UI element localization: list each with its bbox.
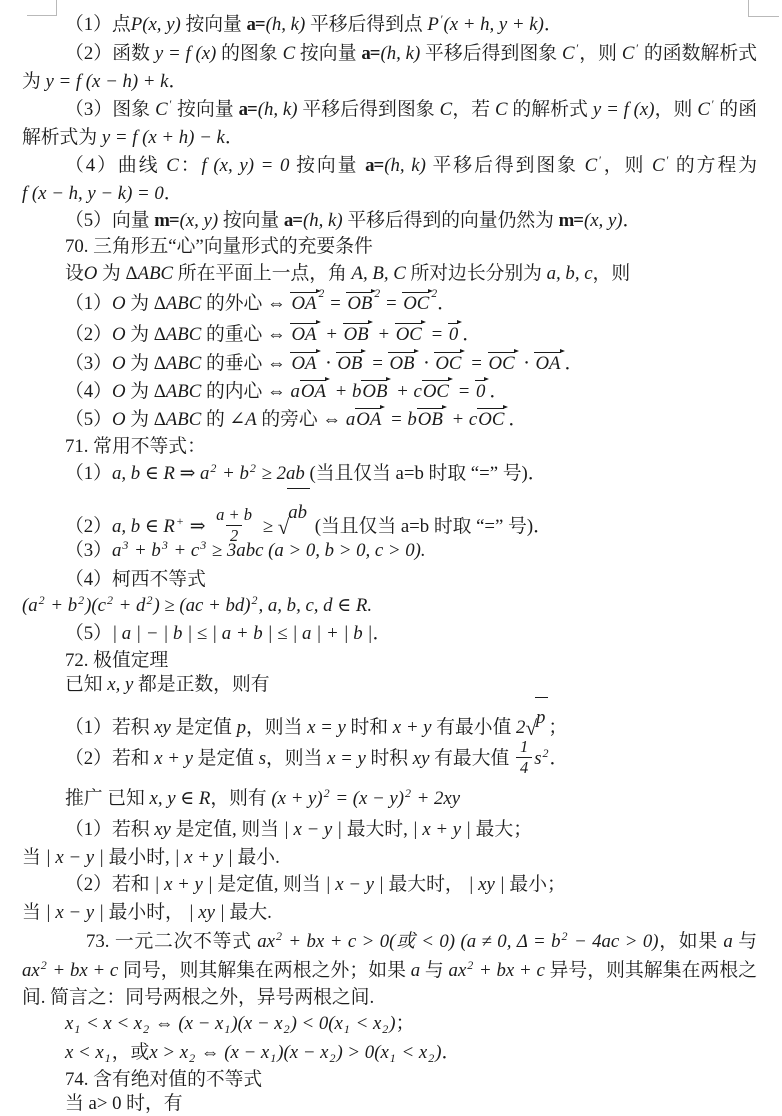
math-run: C (166, 155, 179, 176)
math-run: a (723, 931, 732, 952)
math-run: (h, k) (303, 210, 343, 231)
text-run: （5）向量 (65, 210, 154, 231)
math-run: + b (46, 595, 77, 616)
vector-arrow-head (484, 377, 489, 381)
text-run: ，如果 (658, 931, 723, 952)
vector-symbol: OB (389, 353, 414, 374)
math-run: a (112, 540, 121, 561)
math-run: + bx + c (474, 960, 545, 981)
math-run: C (562, 43, 575, 64)
text-run: 与 (733, 931, 757, 952)
text-run: 的图象 (216, 43, 282, 64)
math-run: C (155, 99, 168, 120)
math-run: + bx + c > 0(或 < 0) (a ≠ 0, Δ = b (283, 931, 561, 952)
math-run: | x − y | (284, 819, 342, 840)
text-run: ． (169, 71, 188, 92)
vector-symbol: OC (489, 353, 515, 374)
math-run: )(c (85, 595, 106, 616)
text-run: 有最大值 (429, 748, 514, 769)
vector-term: OC (422, 381, 453, 402)
math-run: | x + y | (174, 847, 232, 868)
text-run: 同号，则其解集在两根之外；如果 (118, 960, 410, 981)
vector-arrow-head (386, 377, 391, 381)
math-run: ABC (166, 409, 201, 430)
math-run: x, y (107, 674, 133, 695)
vector-symbol: OA (291, 293, 316, 314)
math-run: | xy | (188, 902, 224, 923)
text-run: 所在平面上一点，角 (173, 263, 351, 284)
text-run: 为 Δ (97, 263, 137, 284)
text-run: 设 (65, 263, 84, 284)
doc-line: （3）O 为 ΔABC 的垂心 ⇔ OA ⋅ OB = OB ⋅ OC = OC… (22, 348, 757, 376)
vector-term: OC (395, 324, 426, 345)
math-run: f (x, y) = 0 (202, 155, 290, 176)
text-run: （4）曲线 (65, 155, 166, 176)
math-run: f (x − h, y − k) = 0 (22, 183, 164, 204)
doc-line: 74. 含有绝对值的不等式 (22, 1068, 757, 1092)
doc-line: 已知 x, y 都是正数，则有 (22, 673, 757, 697)
math-run: C (495, 99, 508, 120)
vector-term: OA (290, 324, 320, 345)
text-run: ． (462, 324, 481, 345)
vector: OC (488, 348, 519, 374)
math-run: ABC (138, 263, 173, 284)
math-run: | x − y | (45, 902, 103, 923)
text-run: 按向量 (172, 99, 238, 120)
doc-line: f (x − h, y − k) = 0． (22, 180, 757, 207)
math-run: C (652, 155, 665, 176)
math-run: (h, k) (266, 14, 306, 35)
math-run: C (622, 43, 635, 64)
math-run: O (112, 381, 126, 402)
math-run: (h, k) (258, 99, 298, 120)
math-run: ⋅ (419, 353, 435, 374)
text-run: 为 (22, 71, 45, 92)
text-run: （2）函数 (65, 43, 155, 64)
vector-symbol: OA (301, 381, 326, 402)
math-run: x < x (65, 1042, 104, 1063)
doc-line: 为 y = f (x − h) + k． (22, 68, 757, 96)
vector: OB (361, 376, 391, 402)
text-run: （4）柯西不等式 (65, 569, 206, 590)
text-run: 的重心 ⇔ (201, 324, 290, 345)
math-run: + c (391, 381, 421, 402)
vector-symbol: 0 (476, 381, 485, 402)
math-run: x = y (327, 748, 366, 769)
math-run: x + y (154, 748, 193, 769)
vector-arrow-line (355, 408, 381, 409)
vector-arrow-line (488, 352, 515, 353)
doc-line: （3）a3 + b3 + c3 ≥ 3abc (a > 0, b > 0, c … (22, 534, 757, 567)
vector-symbol: OC (435, 353, 461, 374)
math-run: = (366, 353, 388, 374)
vector-symbol: OA (356, 409, 381, 430)
math-run: ≥ 2ab (257, 463, 305, 484)
text-run: （5） (65, 623, 112, 644)
math-run: ⇔ (x − x (196, 1042, 269, 1063)
doc-line: 72. 极值定理 (22, 648, 757, 673)
vector-arrow-line (343, 323, 369, 324)
text-run: （2）若和 (65, 748, 154, 769)
doc-line: 间. 简言之：同号两根之外，异号两根之间. (22, 985, 757, 1010)
math-run: (a (22, 595, 38, 616)
doc-line: （5）向量 m=(x, y) 按向量 a=(h, k) 平移后得到的向量仍然为 … (22, 207, 757, 234)
math-run: = b (385, 409, 416, 430)
text-run: 与 (420, 960, 448, 981)
math-run: + c (169, 540, 199, 561)
text-run: 73. 一元二次不等式 (86, 931, 257, 952)
math-run: + bx + c (48, 960, 119, 981)
text-run: ． (372, 623, 391, 644)
math-run: | a | − | b | ≤ | a + b | ≤ | a | + | b … (112, 623, 373, 644)
text-run: 按向量 (181, 14, 247, 35)
bold-math-run: m= (154, 210, 179, 231)
vector: OC (422, 376, 453, 402)
vector-symbol: OA (291, 324, 316, 345)
vector-arrow-head (361, 349, 366, 353)
math-run: s (259, 748, 266, 769)
text-run: （5） (65, 409, 112, 430)
math-run: + b (217, 463, 248, 484)
radical-sign: √ (278, 517, 290, 538)
math-run: < x < x (81, 1013, 142, 1034)
vector-term: OC (477, 409, 508, 430)
text-run: 最小时, (104, 847, 174, 868)
math-run: = (x − y) (331, 788, 404, 809)
text-run: 为 Δ (126, 409, 166, 430)
math-run: = (380, 293, 402, 314)
bold-math-run: a= (247, 14, 266, 35)
text-run: 最小时， (104, 902, 189, 923)
math-run: + (373, 324, 395, 345)
math-run: a (290, 381, 299, 402)
math-run: x > x (149, 1042, 188, 1063)
math-run: | xy | (468, 874, 504, 895)
math-run: y = f (x − h) + k (45, 71, 168, 92)
doc-line: （1）若积 xy 是定值 p，则当 x = y 时和 x + y 有最小值 2√… (22, 697, 757, 735)
bold-math-run: a= (361, 43, 380, 64)
vector-term: OB (343, 324, 373, 345)
text-run: 为 Δ (126, 324, 166, 345)
math-run: O (112, 324, 126, 345)
vector: OA (355, 404, 385, 430)
vector-arrow-line (388, 352, 414, 353)
math-run: | x + y | (154, 874, 212, 895)
radical-sign: √ (525, 718, 537, 739)
math-run: ) ≥ (ac + bd) (153, 595, 250, 616)
math-run: ax (257, 931, 275, 952)
math-run: O (112, 293, 126, 314)
math-run: P(x, y) (131, 14, 181, 35)
text-run: 为 Δ (126, 381, 166, 402)
math-run: | x − y | (325, 874, 383, 895)
vector: OC (402, 288, 433, 314)
vector: OB (336, 348, 366, 374)
doc-line: 推广 已知 x, y ∈ R，则有 (x + y)2 = (x − y)2 + … (22, 782, 757, 816)
math-run: a, b, c (547, 263, 593, 284)
math-run: = (426, 324, 448, 345)
vector-arrow-line (534, 352, 560, 353)
text-run: 最小. (233, 847, 280, 868)
doc-line: 当 | x − y | 最小时， | xy | 最大. (22, 899, 757, 926)
bold-math-run: a= (365, 155, 384, 176)
math-run: y = f (x) (155, 43, 216, 64)
doc-line: （4）柯西不等式 (22, 567, 757, 592)
vector: OC (395, 319, 426, 345)
math-run: y = f (x + h) − k (102, 127, 225, 148)
math-run: xy (154, 819, 171, 840)
vector-term: OB (417, 409, 447, 430)
vector-arrow-head (503, 405, 508, 409)
text-run: ． (489, 381, 508, 402)
text-run: ，或 (112, 1042, 150, 1063)
text-run: 平移后得到图象 (426, 155, 585, 176)
doc-line: （3）图象 C′ 按向量 a=(h, k) 平移后得到图象 C，若 C 的解析式… (22, 96, 757, 124)
vector-symbol: OB (347, 293, 372, 314)
math-run: + (321, 324, 343, 345)
text-run: 平移后得到图象 (298, 99, 440, 120)
math-run: + b (330, 381, 361, 402)
vector-arrow-head (316, 349, 321, 353)
text-run: ． (565, 353, 584, 374)
text-run: ． (508, 409, 527, 430)
vector-term: OB (336, 353, 366, 374)
doc-line: 当 a> 0 时，有 (22, 1092, 757, 1115)
text-run: 平移后得到图象 (420, 43, 562, 64)
vector-arrow-head (325, 377, 330, 381)
math-run: (x, y) (180, 210, 219, 231)
math-run: O (84, 263, 98, 284)
math-run: (x, y) (584, 210, 623, 231)
math-run: (h, k) (384, 155, 426, 176)
vector-arrow-line (290, 352, 316, 353)
vector: 0 (448, 319, 462, 345)
doc-line: （2）a, b ∈ R+ ⇒ a + b2 ≥ √ab (当且仅当 a=b 时取… (22, 488, 757, 534)
vector-symbol: OC (423, 381, 449, 402)
fraction: 14 (514, 737, 534, 778)
text-run: ． (164, 183, 183, 204)
math-run: ABC (166, 324, 201, 345)
text-run: 异号，则其解集在两根之 (545, 960, 757, 981)
text-run: 当 (22, 902, 45, 923)
text-run: (当且仅当 a=b 时取 “=” 号)． (305, 463, 547, 484)
math-run: ax (22, 960, 40, 981)
math-run: + d (114, 595, 145, 616)
text-run: ． (225, 127, 244, 148)
doc-line: （2）函数 y = f (x) 的图象 C 按向量 a=(h, k) 平移后得到… (22, 40, 757, 68)
vector-symbol: OA (291, 353, 316, 374)
vector-term: OB2 (346, 293, 380, 314)
text-run: 平移后得到的向量仍然为 (343, 210, 559, 231)
text-run: 74. 含有绝对值的不等式 (65, 1069, 262, 1090)
math-run: C (585, 155, 598, 176)
text-run: 最大. (225, 902, 272, 923)
vector: OC (477, 404, 508, 430)
text-run: ，则 (602, 155, 652, 176)
doc-line: x1 < x < x2 ⇔ (x − x1)(x − x2) < 0(x1 < … (22, 1010, 757, 1038)
doc-line: 设O 为 ΔABC 所在平面上一点，角 A, B, C 所对边长分别为 a, b… (22, 260, 757, 288)
text-run: 当 a> 0 时，有 (65, 1093, 183, 1114)
text-run: （3）图象 (65, 99, 155, 120)
text-run: ，则当 (266, 748, 327, 769)
text-run: 为 Δ (126, 353, 166, 374)
text-run: 是定值, 则当 (171, 819, 284, 840)
vector-arrow-line (477, 408, 504, 409)
text-run: 的解析式 (508, 99, 593, 120)
vector-arrow-line (290, 292, 316, 293)
text-run: ，若 (452, 99, 495, 120)
text-run: （2）若和 (65, 874, 154, 895)
bold-math-run: a= (239, 99, 258, 120)
text-run: （1） (65, 293, 112, 314)
math-run: | x − y | (45, 847, 103, 868)
vector: OB (343, 319, 373, 345)
vector-arrow-head (514, 349, 519, 353)
fraction-numerator: 1 (516, 737, 532, 757)
text-run: （4） (65, 381, 112, 402)
bold-math-run: a= (284, 210, 303, 231)
document-page: { "page": { "background": "#ffffff", "te… (0, 0, 782, 1116)
math-run: (x + h, y + k) (443, 14, 543, 35)
doc-line: （1）点P(x, y) 按向量 a=(h, k) 平移后得到点 P′(x + h… (22, 10, 757, 40)
radical: √p (525, 697, 548, 737)
text-run: 所对边长分别为 (406, 263, 547, 284)
vector: OB (388, 348, 418, 374)
doc-line: （5）| a | − | b | ≤ | a + b | ≤ | a | + |… (22, 620, 757, 648)
text-run: 的垂心 ⇔ (201, 353, 290, 374)
math-run: x, y ∈ R (150, 788, 211, 809)
text-run: ，则有 (210, 788, 271, 809)
vector: OA (290, 319, 320, 345)
math-run: ) > 0(x (336, 1042, 388, 1063)
vector-term: OC (488, 353, 519, 374)
text-run: 时积 (366, 748, 413, 769)
vector-symbol: 0 (449, 324, 458, 345)
doc-line: 71. 常用不等式： (22, 434, 757, 459)
math-run: ⋅ (321, 353, 337, 374)
vector-arrow-line (402, 292, 429, 293)
math-run: = (453, 381, 475, 402)
radical: √ab (278, 488, 310, 536)
text-run: ，则 (593, 263, 631, 284)
text-run: 最大时, (342, 819, 412, 840)
vector-symbol: OC (396, 324, 422, 345)
vector-term: OC2 (402, 293, 437, 314)
text-run: 的 ∠ (201, 409, 245, 430)
doc-line: （2）若和 x + y 是定值 s，则当 x = y 时积 xy 有最大值 14… (22, 735, 757, 782)
doc-line: （1）若积 xy 是定值, 则当 | x − y | 最大时, | x + y … (22, 816, 757, 844)
math-run: xy (413, 748, 430, 769)
math-run: = (465, 353, 487, 374)
document-body: （1）点P(x, y) 按向量 a=(h, k) 平移后得到点 P′(x + h… (0, 0, 782, 1115)
math-run: A (245, 409, 256, 430)
text-run: ． (441, 1042, 460, 1063)
vector-arrow-head (316, 320, 321, 324)
doc-line: ax2 + bx + c 同号，则其解集在两根之外；如果 a 与 ax2 + b… (22, 957, 757, 985)
text-run: ． (550, 748, 569, 769)
text-run: ，则 (579, 43, 622, 64)
math-run: s (534, 748, 541, 769)
text-run: 最小； (505, 874, 566, 895)
text-run: ； (396, 1013, 415, 1034)
math-run: x (65, 1013, 73, 1034)
vector-term: OA (534, 353, 564, 374)
doc-line: 当 | x − y | 最小时, | x + y | 最小. (22, 844, 757, 871)
vector-arrow-line (422, 380, 449, 381)
text-run: ： (179, 155, 202, 176)
vector-arrow-line (361, 380, 387, 381)
vector: OA (534, 348, 564, 374)
text-run: ． (544, 14, 563, 35)
text-run: （2） (65, 324, 112, 345)
fraction-denominator: 2 (226, 525, 242, 546)
vector-arrow-head (457, 320, 462, 324)
text-run: （3） (65, 353, 112, 374)
vector: OA (290, 288, 320, 314)
vector: OA (290, 348, 320, 374)
math-run: ABC (166, 381, 201, 402)
vector-arrow-line (346, 292, 372, 293)
math-run: ) < 0(x (291, 1013, 343, 1034)
text-run: 解析式为 (22, 127, 102, 148)
text-run: 按向量 (218, 210, 284, 231)
text-run: 都是正数，则有 (133, 674, 269, 695)
text-run: 的旁心 ⇔ (257, 409, 346, 430)
math-run: − 4ac > 0) (569, 931, 659, 952)
vector-arrow-head (414, 349, 419, 353)
math-run: C (697, 99, 710, 120)
math-run: )(x − x (277, 1042, 328, 1063)
vector: 0 (475, 376, 489, 402)
text-run: 已知 (65, 674, 107, 695)
vector-term: OA (355, 409, 385, 430)
fraction-numerator: a + b (212, 505, 256, 525)
text-run: 71. 常用不等式： (65, 436, 206, 457)
math-run: , a, b, c, d ∈ R. (259, 595, 373, 616)
vector-symbol: OB (418, 409, 443, 430)
doc-line: （1）a, b ∈ R ⇒ a2 + b2 ≥ 2ab (当且仅当 a=b 时取… (22, 459, 757, 488)
math-run: < x (351, 1013, 381, 1034)
text-run: 的函数解析式 (639, 43, 757, 64)
vector-arrow-head (560, 349, 565, 353)
vector-term: OB (361, 381, 391, 402)
text-run: 70. 三角形五“心”向量形式的充要条件 (65, 236, 373, 257)
vector-arrow-head (442, 405, 447, 409)
math-run: C (283, 43, 296, 64)
text-run: ． (623, 210, 642, 231)
text-run: 72. 极值定理 (65, 650, 168, 671)
math-run: ⇔ (x − x (150, 1013, 223, 1034)
math-run: a, b ∈ R ⇒ a (112, 463, 209, 484)
doc-line: x < x1，或x > x2 ⇔ (x − x1)(x − x2) > 0(x1… (22, 1038, 757, 1068)
math-run: O (112, 353, 126, 374)
text-run: 的外心 ⇔ (201, 293, 290, 314)
radicand: ab (287, 488, 310, 536)
text-run: （1）若积 (65, 819, 154, 840)
math-run: + 2xy (412, 788, 460, 809)
doc-line: （4）O 为 ΔABC 的内心 ⇔ aOA + bOB + cOC = 0． (22, 376, 757, 404)
text-run: 为 Δ (126, 293, 166, 314)
math-run: ABC (166, 293, 201, 314)
vector-arrow-line (300, 380, 326, 381)
math-run: = (324, 293, 346, 314)
text-run: 当 (22, 847, 45, 868)
vector-term: OA (290, 353, 320, 374)
vector-term: OB (388, 353, 418, 374)
math-run: a (411, 960, 420, 981)
math-run: ABC (166, 353, 201, 374)
vector-symbol: OB (337, 353, 362, 374)
